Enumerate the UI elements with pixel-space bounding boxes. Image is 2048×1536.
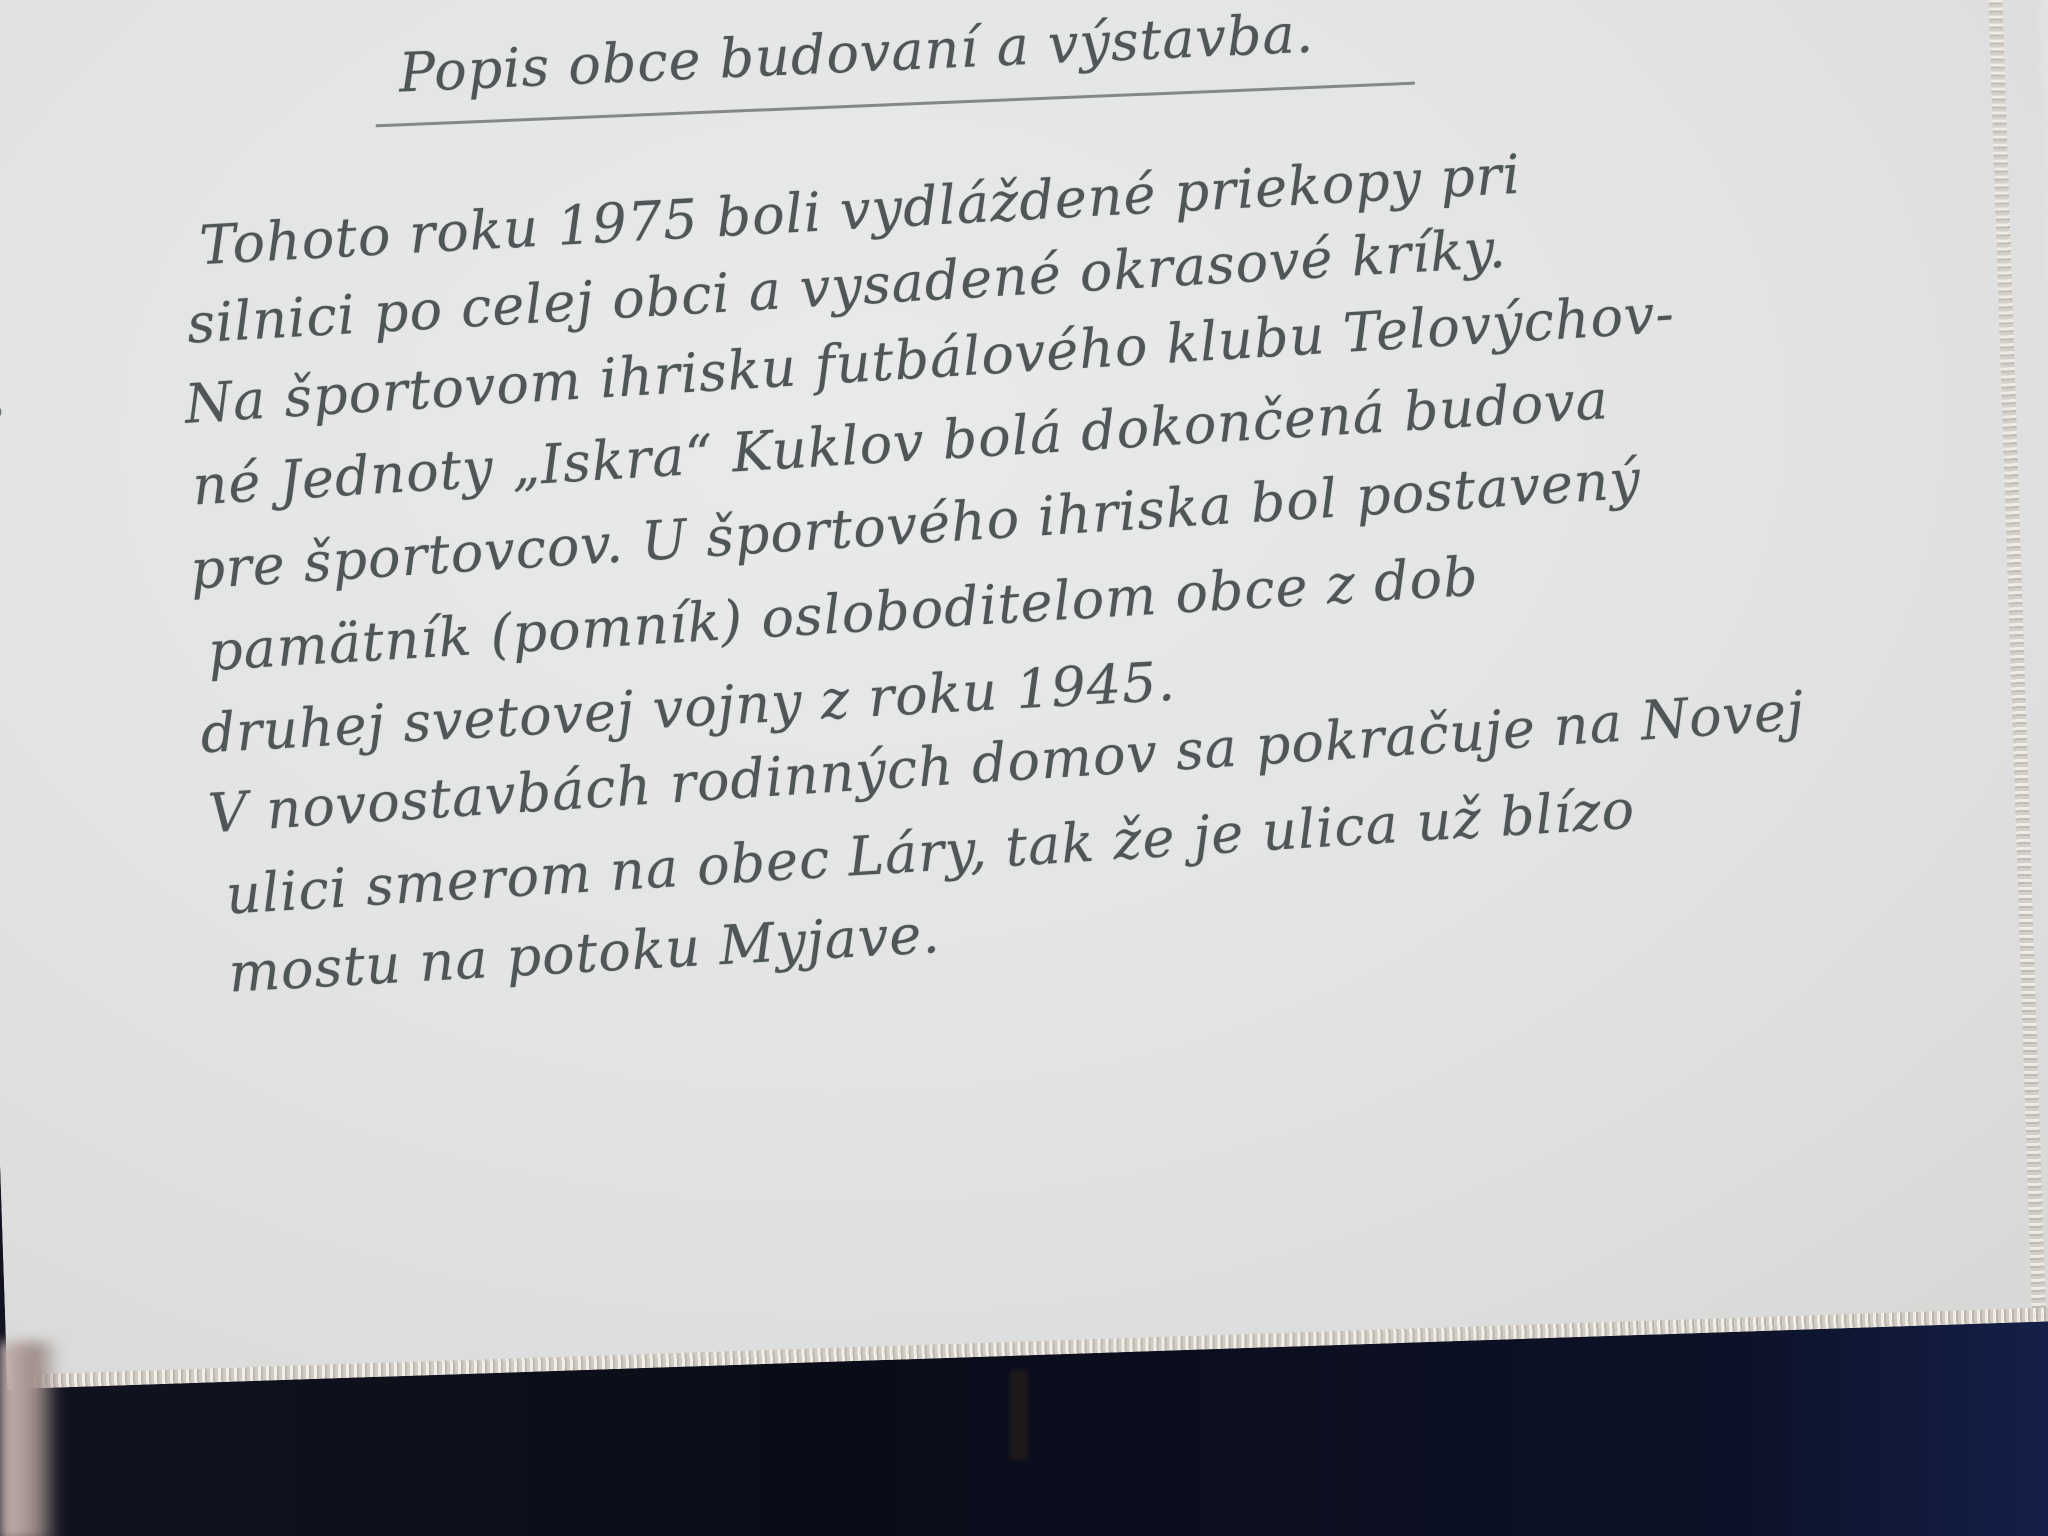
binding-stitch [1010, 1370, 1028, 1460]
binding-shadow [0, 1342, 60, 1536]
notebook-page: Hrownaia... e Popis obce budovaní a výst… [0, 0, 2048, 1389]
photo-scene: Hrownaia... e Popis obce budovaní a výst… [0, 0, 2048, 1536]
margin-fragment: e [0, 387, 5, 444]
page-edge-right [1985, 0, 2046, 1322]
page-heading: Popis obce budovaní a výstavba. [398, 2, 1315, 105]
